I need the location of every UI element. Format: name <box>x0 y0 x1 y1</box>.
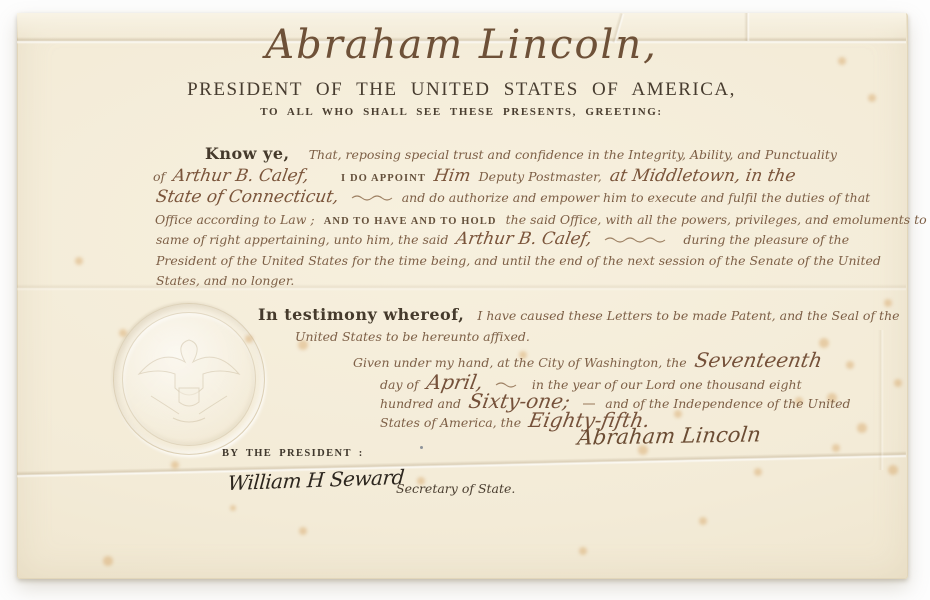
testimony-line-1: In testimony whereof, I have caused thes… <box>258 305 900 324</box>
pen-dash <box>582 400 596 408</box>
pen-flourish <box>604 236 674 244</box>
deputy-postmaster-print: Deputy Postmaster, <box>479 169 602 184</box>
ink-speck <box>420 446 423 449</box>
body-line-6: President of the United States for the t… <box>156 250 881 269</box>
pen-flourish <box>495 381 523 389</box>
office-law-print: Office according to Law ; <box>155 212 315 227</box>
him-hand: Him <box>433 166 473 186</box>
body-line-6-text: President of the United States for the t… <box>156 253 881 268</box>
age-spots <box>0 0 4 4</box>
given-states-print: States of America, the <box>380 415 521 430</box>
body-line-1-text: That, reposing special trust and confide… <box>309 147 837 162</box>
body-line-5: same of right appertaining, unto him, th… <box>156 229 849 249</box>
given-line-1-print: Given under my hand, at the City of Wash… <box>353 355 687 370</box>
place-hand: at Middletown, in the <box>608 166 797 186</box>
body-line-5-text: same of right appertaining, unto him, th… <box>156 232 448 247</box>
appointee-name-hand: Arthur B. Calef, <box>172 166 311 186</box>
body-of: of <box>153 169 165 184</box>
seventeenth-hand: Seventeenth <box>693 348 824 372</box>
by-the-president-label: BY THE PRESIDENT : <box>222 448 364 459</box>
body-line-4-text: the said Office, with all the powers, pr… <box>506 212 930 227</box>
body-line-7: States, and no longer. <box>156 270 294 289</box>
body-line-7-text: States, and no longer. <box>156 273 294 288</box>
in-testimony-blackletter: In testimony whereof, <box>258 305 464 324</box>
embossed-eagle-seal <box>113 303 265 455</box>
body-line-3: State of Connecticut, and do authorize a… <box>153 187 870 207</box>
body-line-2: of Arthur B. Calef, I DO APPOINT Him Dep… <box>153 166 798 186</box>
state-hand: State of Connecticut, <box>154 187 340 207</box>
body-line-1: Know ye, That, reposing special trust an… <box>205 144 837 163</box>
knowye-blackletter: Know ye, <box>205 144 290 163</box>
have-and-hold-caps: AND TO HAVE AND TO HOLD <box>324 216 497 227</box>
i-do-appoint-caps: I DO APPOINT <box>341 173 426 184</box>
testimony-line-2: United States to be hereunto affixed. <box>295 326 530 345</box>
testimony-line-1-text: I have caused these Letters to be made P… <box>477 308 899 323</box>
given-line-1: Given under my hand, at the City of Wash… <box>353 348 825 372</box>
title-lincoln-script: Abraham Lincoln, <box>17 22 906 68</box>
body-line-4: Office according to Law ; AND TO HAVE AN… <box>155 209 930 228</box>
document-photo: Abraham Lincoln, PRESIDENT OF THE UNITED… <box>0 0 930 600</box>
lincoln-signature: Abraham Lincoln <box>576 422 762 449</box>
body-line-5-end: during the pleasure of the <box>683 232 849 247</box>
salutation-line: TO ALL WHO SHALL SEE THESE PRESENTS, GRE… <box>17 106 906 118</box>
appointee-name-hand-2: Arthur B. Calef, <box>455 229 594 249</box>
pen-flourish <box>351 194 393 202</box>
testimony-line-2-text: United States to be hereunto affixed. <box>295 329 530 344</box>
body-line-3-text: and do authorize and empower him to exec… <box>402 190 870 205</box>
secretary-of-state-label: Secretary of State. <box>396 481 515 496</box>
eagle-icon <box>129 322 249 434</box>
subtitle-president: PRESIDENT OF THE UNITED STATES OF AMERIC… <box>17 79 906 101</box>
